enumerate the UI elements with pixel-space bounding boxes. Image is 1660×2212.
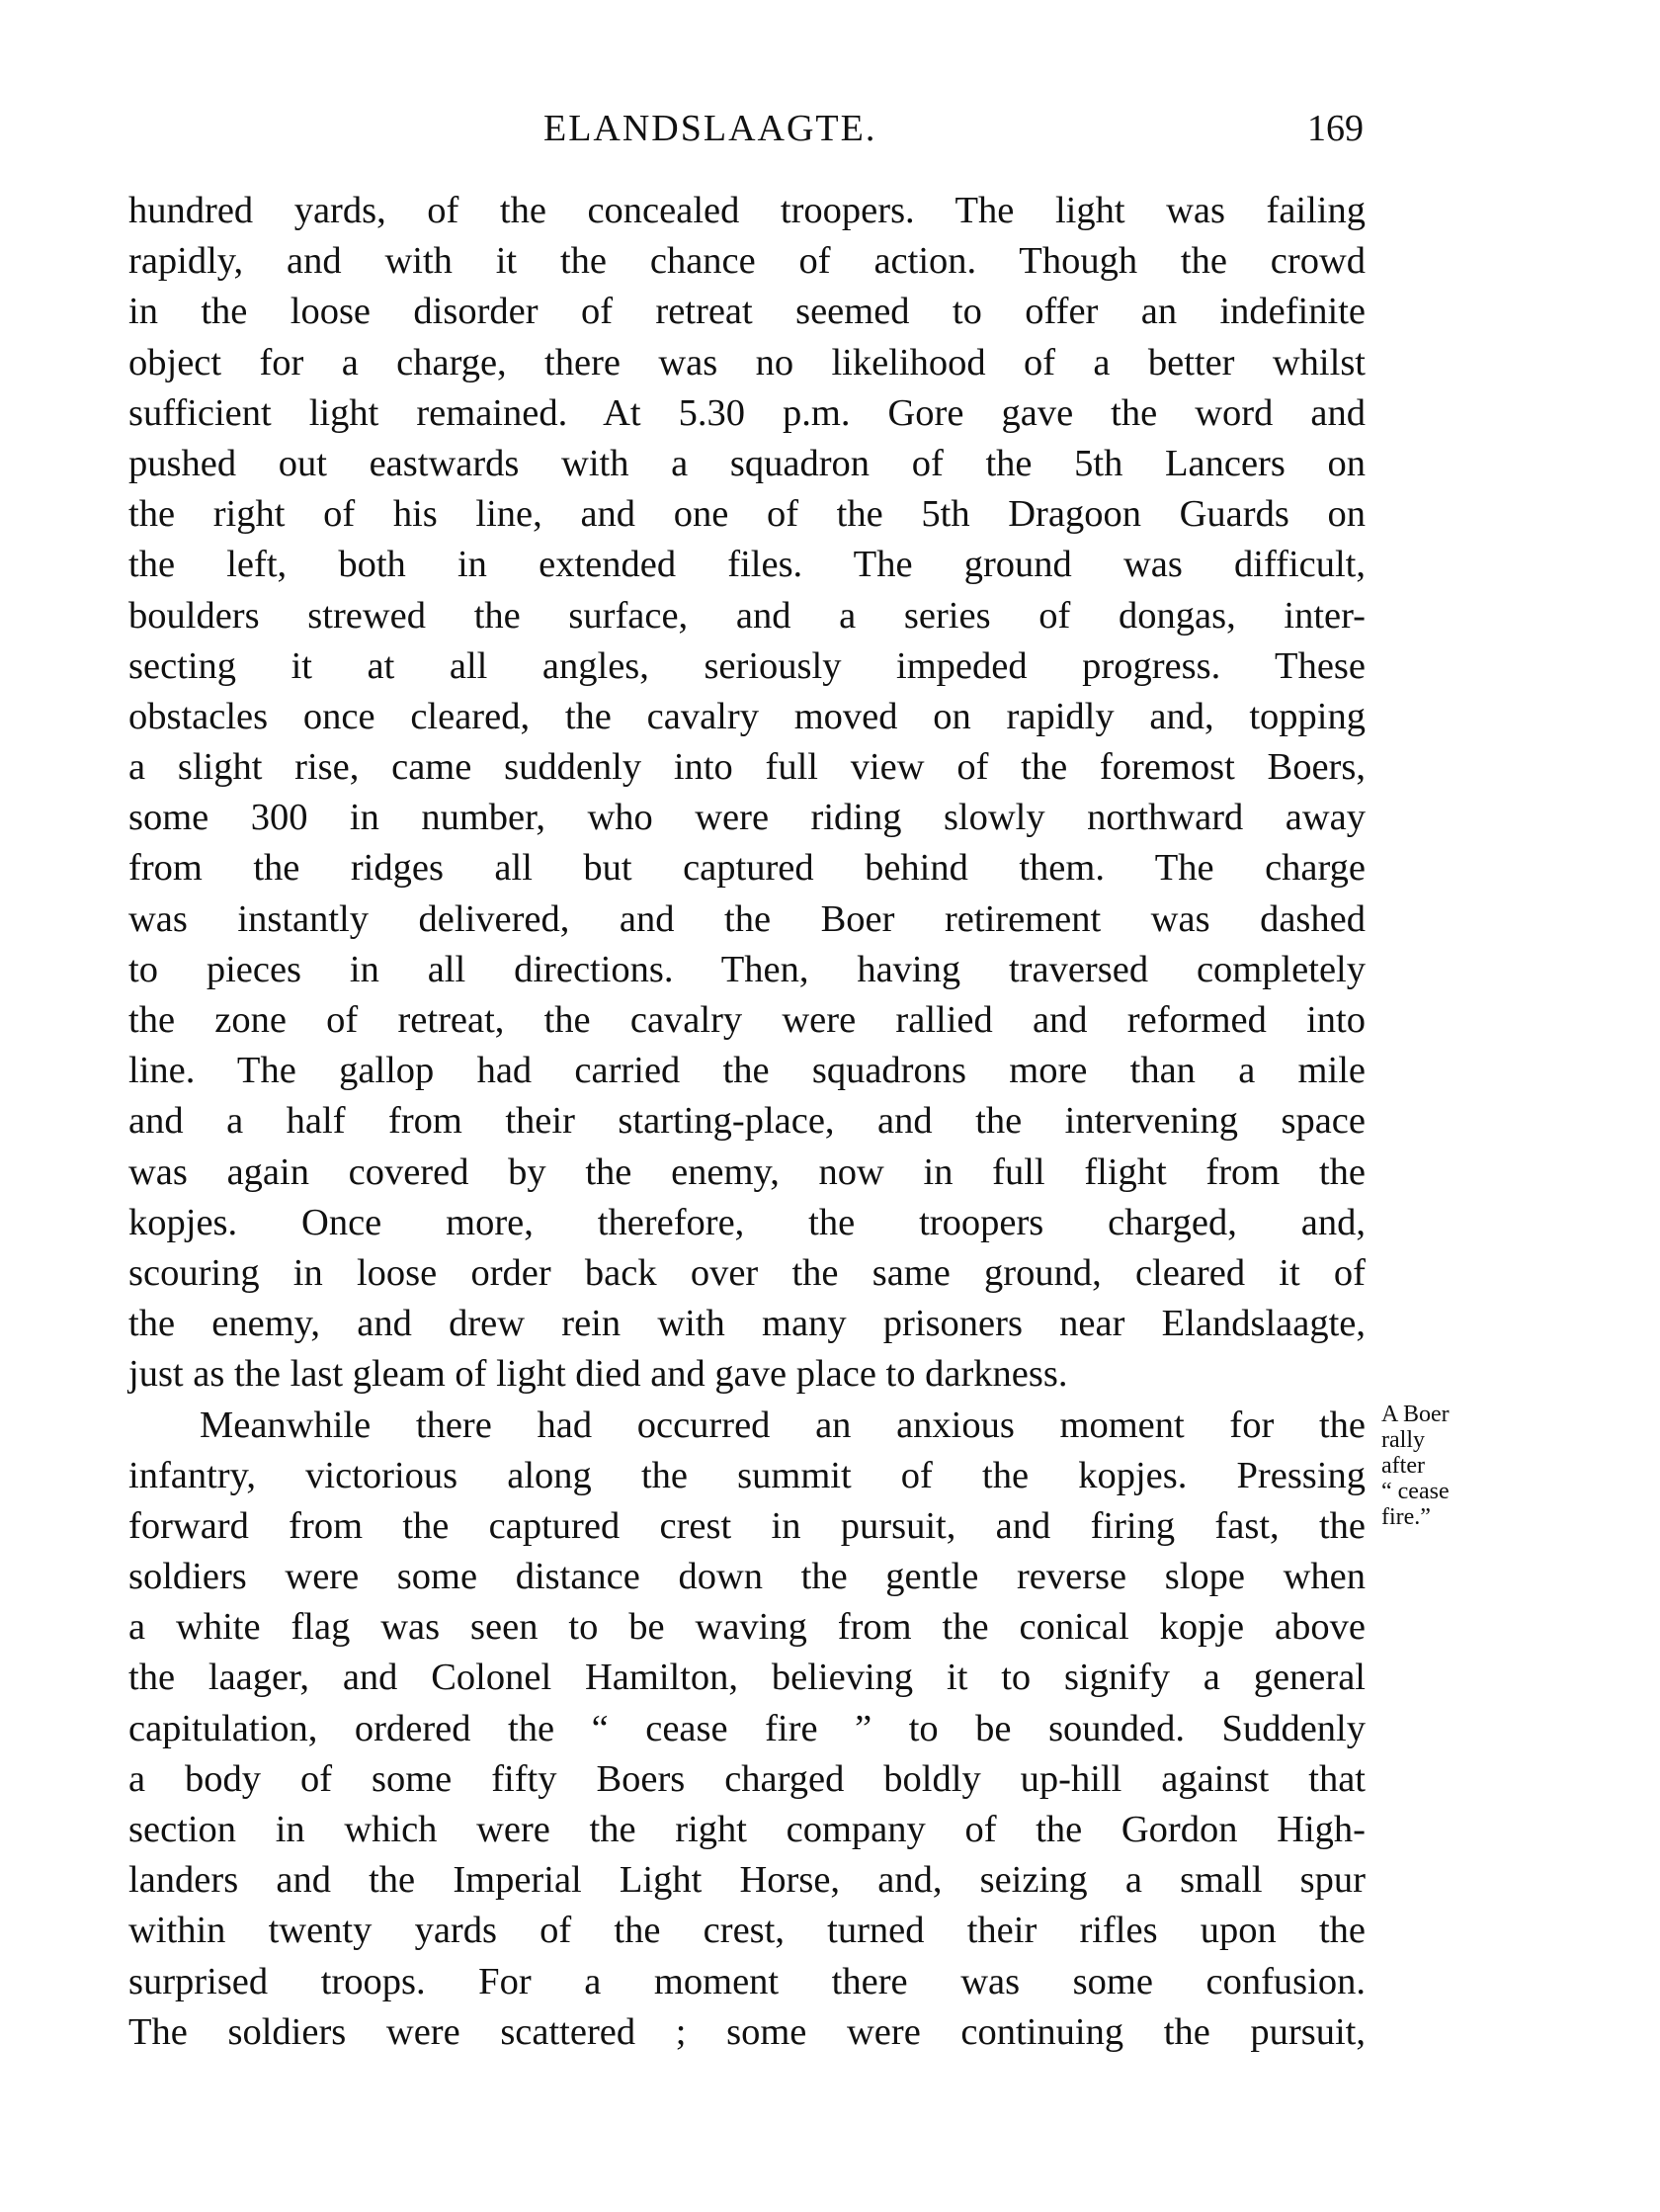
text-line: was instantly delivered, and the Boer re… (128, 894, 1366, 945)
text-line: just as the last gleam of light died and… (128, 1349, 1366, 1400)
text-line: the right of his line, and one of the 5t… (128, 489, 1366, 540)
text-line: scouring in loose order back over the sa… (128, 1248, 1366, 1299)
margin-note-line: after (1381, 1453, 1490, 1479)
margin-note: A Boerrallyafter“ ceasefire.” (1381, 1402, 1490, 1530)
text-line: the zone of retreat, the cavalry were ra… (128, 995, 1366, 1046)
text-line: rapidly, and with it the chance of actio… (128, 236, 1366, 287)
text-line: forward from the captured crest in pursu… (128, 1501, 1366, 1552)
text-line: secting it at all angles, seriously impe… (128, 641, 1366, 692)
text-line: and a half from their starting-place, an… (128, 1096, 1366, 1147)
text-line: to pieces in all directions. Then, havin… (128, 945, 1366, 995)
text-line: soldiers were some distance down the gen… (128, 1552, 1366, 1602)
text-line: boulders strewed the surface, and a seri… (128, 591, 1366, 641)
text-line: the laager, and Colonel Hamilton, believ… (128, 1653, 1366, 1703)
text-line: hundred yards, of the concealed troopers… (128, 186, 1366, 236)
text-line: the left, both in extended files. The gr… (128, 540, 1366, 590)
text-line: section in which were the right company … (128, 1805, 1366, 1855)
text-line: in the loose disorder of retreat seemed … (128, 287, 1366, 337)
page-header: ELANDSLAAGTE. 169 (128, 107, 1364, 156)
text-line: infantry, victorious along the summit of… (128, 1451, 1366, 1501)
body-text: hundred yards, of the concealed troopers… (128, 186, 1366, 2058)
page-number: 169 (1307, 107, 1364, 150)
text-line: pushed out eastwards with a squadron of … (128, 439, 1366, 489)
text-line: sufficient light remained. At 5.30 p.m. … (128, 388, 1366, 439)
margin-note-line: “ cease (1381, 1479, 1490, 1504)
margin-note-line: fire.” (1381, 1504, 1490, 1530)
text-line: from the ridges all but captured behind … (128, 843, 1366, 893)
text-line: a body of some fifty Boers charged boldl… (128, 1754, 1366, 1805)
running-title: ELANDSLAAGTE. (543, 107, 876, 150)
text-line: Meanwhile there had occurred an anxious … (128, 1401, 1366, 1451)
text-line: kopjes. Once more, therefore, the troope… (128, 1198, 1366, 1248)
text-line: surprised troops. For a moment there was… (128, 1957, 1366, 2007)
text-line: line. The gallop had carried the squadro… (128, 1046, 1366, 1096)
text-line: within twenty yards of the crest, turned… (128, 1906, 1366, 1956)
text-line: some 300 in number, who were riding slow… (128, 793, 1366, 843)
text-line: the enemy, and drew rein with many priso… (128, 1299, 1366, 1349)
text-line: obstacles once cleared, the cavalry move… (128, 692, 1366, 742)
margin-note-line: A Boer (1381, 1402, 1490, 1427)
text-line: object for a charge, there was no likeli… (128, 338, 1366, 388)
text-line: landers and the Imperial Light Horse, an… (128, 1855, 1366, 1906)
margin-note-line: rally (1381, 1427, 1490, 1453)
text-line: The soldiers were scattered ; some were … (128, 2007, 1366, 2058)
text-line: capitulation, ordered the “ cease fire ”… (128, 1704, 1366, 1754)
text-line: a white flag was seen to be waving from … (128, 1602, 1366, 1653)
text-line: a slight rise, came suddenly into full v… (128, 742, 1366, 793)
text-line: was again covered by the enemy, now in f… (128, 1148, 1366, 1198)
